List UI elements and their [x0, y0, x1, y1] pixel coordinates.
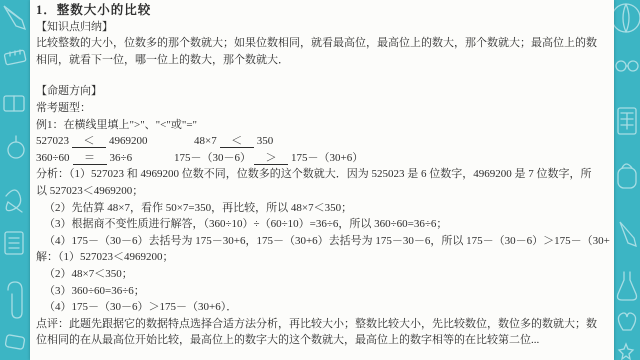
expr-value: 527023	[36, 135, 69, 147]
doodles-right	[614, 0, 640, 360]
glasses-doodle-icon	[616, 61, 638, 71]
doodles-left	[0, 0, 30, 360]
flask-doodle-icon	[618, 272, 637, 300]
solution-line-1: 解：（1）527023＜4969200；	[36, 249, 610, 266]
fill-blank-row-1: 527023＜496920048×7＜350	[36, 133, 610, 150]
eraser-doodle-icon	[5, 335, 25, 350]
direction-section-header: 【命题方向】	[36, 83, 610, 100]
right-border-decoration	[614, 0, 640, 360]
expr-value: 175－（30+6）	[291, 152, 363, 164]
expr-value: 4969200	[109, 135, 148, 147]
fill-blank-row-2: 360÷60＝36÷6175－（30－6）＞175－（30+6）	[36, 150, 610, 167]
expr-value: 175－（30－6）	[174, 152, 251, 164]
star-doodle-icon	[619, 344, 633, 359]
ruler-doodle-icon	[4, 50, 26, 65]
analysis-line-3: （2）先估算 48×7，看作 50×7=350，再比较，所以 48×7＜350；	[36, 200, 610, 217]
knowledge-text-line-1: 比较整数的大小，位数多的那个数就大；如果位数相同，就看最高位，最高位上的数大，那…	[36, 35, 610, 52]
knowledge-section-header: 【知识点归纳】	[36, 19, 610, 36]
solution-line-4: （4）175－（30－6）＞175－（30+6）．	[36, 299, 610, 316]
example-title: 例1：在横线里填上">"、"<"或"="	[36, 117, 610, 134]
pencil-doodle-icon	[4, 6, 25, 29]
expr-value: 48×7	[194, 135, 217, 147]
pen-doodle-icon	[620, 222, 636, 246]
comment-line-1: 点评：此题先跟据它的数据特点选择合适方法分析，再比较大小；整数比较大小，先比较数…	[36, 316, 610, 333]
backpack-doodle-icon	[618, 164, 636, 188]
blank-line	[36, 68, 610, 83]
worksheet-page: 1．整数大小的比较 【知识点归纳】 比较整数的大小，位数多的那个数就大；如果位数…	[0, 0, 640, 360]
answer-blank: ＝	[73, 152, 107, 165]
expr-value: 36÷6	[110, 152, 133, 164]
globe-doodle-icon	[614, 4, 640, 32]
answer-blank: ＜	[72, 135, 106, 148]
expression-right: 48×7＜350	[194, 135, 273, 147]
knowledge-text-line-2: 相同，就看下一位，哪一位上的数大，那个数就大．	[36, 52, 610, 69]
page-title: 1．整数大小的比较	[36, 2, 610, 19]
comment-line-2: 位相同的在从最高位开始比较，最高位上的数字大的这个数就大，最高位上的数字相等的在…	[36, 332, 610, 349]
paperclip-doodle-icon	[8, 282, 22, 318]
expression-left: 527023＜4969200	[36, 133, 194, 150]
expression-left: 360÷60＝36÷6	[36, 150, 174, 167]
solution-line-3: （3）360÷60=36÷6；	[36, 283, 610, 300]
expression-right: 175－（30－6）＞175－（30+6）	[174, 152, 363, 164]
analysis-line-4: （3）根据商不变性质进行解答，（360÷10）÷（60÷10）=36÷6，所以 …	[36, 216, 610, 233]
expr-value: 350	[257, 135, 274, 147]
analysis-line-1: 分析：（1）527023 和 4969200 位数不同，位数多的这个数就大．因为…	[36, 166, 610, 183]
answer-blank: ＞	[254, 152, 288, 165]
compass-doodle-icon	[8, 136, 24, 158]
ampersand-doodle-icon	[6, 190, 22, 212]
analysis-line-2: 以 527023＜4969200；	[36, 183, 610, 200]
notebook-doodle-icon	[5, 232, 23, 254]
book-doodle-icon	[4, 96, 24, 111]
expr-value: 360÷60	[36, 152, 70, 164]
solution-line-2: （2）48×7＜350；	[36, 266, 610, 283]
calculator-doodle-icon	[618, 108, 636, 134]
heart-doodle-icon	[618, 313, 635, 330]
left-border-decoration	[0, 0, 30, 360]
common-question-types-label: 常考题型：	[36, 100, 610, 117]
worksheet-content: 1．整数大小的比较 【知识点归纳】 比较整数的大小，位数多的那个数就大；如果位数…	[30, 0, 614, 360]
answer-blank: ＜	[220, 135, 254, 148]
analysis-line-5: （4）175－（30－6）去括号为 175－30+6，175－（30+6）去括号…	[36, 233, 610, 250]
